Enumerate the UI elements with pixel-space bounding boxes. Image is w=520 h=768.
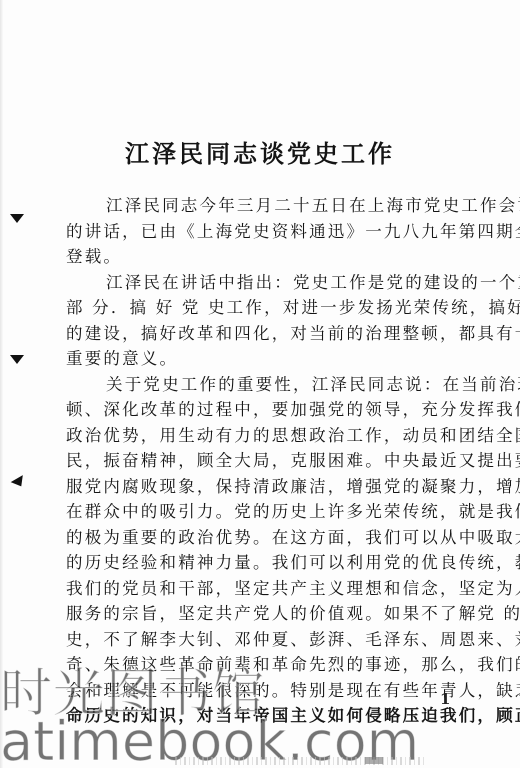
scanned-page: 江泽民同志谈党史工作 江泽民同志今年三月二十五日在上海市党史工作会议上 的讲话，… bbox=[0, 0, 520, 768]
text-line: 登载。 bbox=[66, 244, 466, 270]
text-line: 部 分．搞 好 党 史工作，对进一步发扬光荣传统，搞好党 bbox=[66, 295, 466, 321]
text-line: 政治优势，用生动有力的思想政治工作，动员和团结全国人 bbox=[66, 423, 466, 449]
text-line: 顿、深化改革的过程中，要加强党的领导，充分发挥我们的 bbox=[66, 397, 466, 423]
text-line: 服务的宗旨，坚定共产党人的价值观。如果不了解党 的 历 bbox=[66, 601, 466, 627]
scan-artifact bbox=[365, 757, 383, 764]
triangle-marker-icon bbox=[10, 214, 24, 223]
page-edge-shadow bbox=[0, 0, 3, 768]
text-line: 服党内腐败现象，保持清政廉洁，增强党的凝聚力，增加党 bbox=[66, 474, 466, 500]
text-line: 江泽民同志今年三月二十五日在上海市党史工作会议上 bbox=[66, 193, 466, 219]
text-line: 江泽民在讲话中指出：党史工作是党的建设的一个重要 bbox=[66, 270, 466, 296]
triangle-marker-icon bbox=[10, 355, 24, 364]
text-line: 的讲话，已由《上海党史资料通迅》一九八九年第四期全文 bbox=[66, 219, 466, 245]
page-title: 江泽民同志谈党史工作 bbox=[0, 134, 520, 169]
text-line: 史，不了解李大钊、邓仲夏、彭湃、毛泽东、周恩来、刘少 bbox=[66, 627, 466, 653]
text-line: 我们的党员和干部，坚定共产主义理想和信念，坚定为人民 bbox=[66, 576, 466, 602]
triangle-marker-icon bbox=[11, 475, 28, 490]
text-line: 在群众中的吸引力。党的历史上许多光荣传统，就是我们党 bbox=[66, 499, 466, 525]
article-body: 江泽民同志今年三月二十五日在上海市党史工作会议上 的讲话，已由《上海党史资料通迅… bbox=[66, 193, 466, 729]
text-line: 民，振奋精神，顾全大局，克服困难。中央最近又提出要克 bbox=[66, 448, 466, 474]
text-line: 的历史经验和精神力量。我们可以利用党的优良传统，教育 bbox=[66, 550, 466, 576]
text-line: 关于党史工作的重要性，江泽民同志说：在当前治理整 bbox=[66, 372, 466, 398]
scan-artifact bbox=[175, 757, 425, 765]
text-line: 的极为重要的政治优势。在这方面，我们可以从中吸取大量 bbox=[66, 525, 466, 551]
text-line: 重要的意义。 bbox=[66, 346, 466, 372]
text-line: 的建设，搞好改革和四化，对当前的治理整顿，都具有十分 bbox=[66, 321, 466, 347]
page-number: 1 bbox=[440, 690, 450, 708]
